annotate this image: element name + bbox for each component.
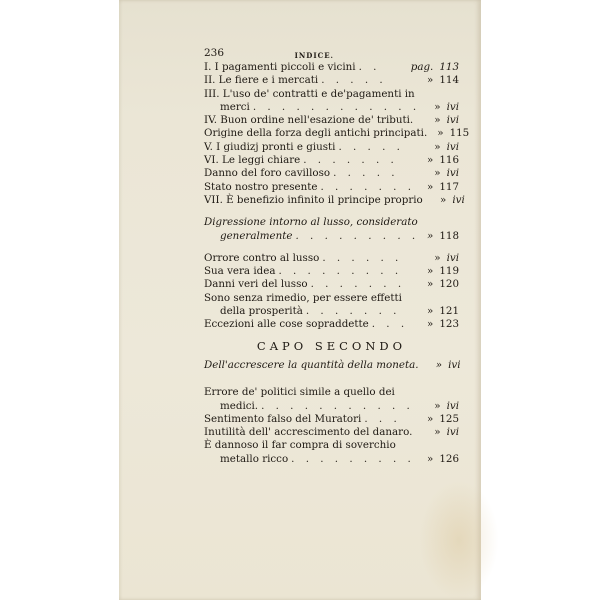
leader-dots: . . . . . . . . . . . . . (253, 101, 420, 114)
index-entry: Stato nostro presente. . . . . . .»117 (204, 181, 459, 194)
index-entry: Inutilità dell' accrescimento del danaro… (204, 426, 459, 439)
leader-dots: . . . . . (338, 141, 420, 154)
entry-page: »120 (423, 278, 459, 291)
index-entry: metallo ricco. . . . . . . . . .»126 (204, 453, 459, 466)
entry-page: »125 (423, 413, 459, 426)
leader-dots: . . . (364, 413, 420, 426)
index-entry: III. L'uso de' contratti e de'pagamenti … (204, 88, 459, 101)
index-entry: Errore de' politici simile a quello dei (204, 386, 459, 399)
leader-dots: . . . . . . . (320, 181, 420, 194)
index-entry: medici.. . . . . . . . . . .»ivi (204, 400, 459, 413)
entry-page: pag.113 (411, 61, 459, 74)
entry-label: medici. (220, 400, 258, 413)
leader-dots: . . . (372, 318, 420, 331)
entry-label: Errore de' politici simile a quello dei (204, 386, 395, 399)
entry-label: Inutilità dell' accrescimento del danaro… (204, 426, 412, 439)
index-entry: Eccezioni alle cose sopraddette. . .»123 (204, 318, 459, 331)
index-list-luxury: Orrore contro al lusso. . . . . .»iviSua… (204, 252, 459, 332)
leader-dots: . . . . . . . . . . (291, 453, 420, 466)
index-entry: VII. È benefizio infinito il principe pr… (204, 194, 459, 207)
entry-page: »ivi (423, 114, 459, 127)
index-list-money: Errore de' politici simile a quello deim… (204, 386, 459, 466)
entry-page: »ivi (423, 400, 459, 413)
entry-label: Stato nostro presente (204, 181, 317, 194)
index-entry: II. Le fiere e i mercati. . . . .»114 (204, 74, 459, 87)
entry-page: »123 (423, 318, 459, 331)
running-header: 236 INDICE. (204, 47, 459, 61)
entry-page: »119 (423, 265, 459, 278)
entry-page: »121 (423, 305, 459, 318)
book-page: 236 INDICE. I. I pagamenti piccoli e vic… (119, 0, 481, 600)
leader-dots: . . . . . . . . . (278, 265, 420, 278)
index-entry: Sono senza rimedio, per essere effetti (204, 292, 459, 305)
index-entry: Orrore contro al lusso. . . . . .»ivi (204, 252, 459, 265)
entry-page (423, 88, 459, 101)
entry-label: Sono senza rimedio, per essere effetti (204, 292, 402, 305)
index-entry: Danno del foro cavilloso. . . . .»ivi (204, 167, 459, 180)
index-entry: V. I giudizj pronti e giusti. . . . .»iv… (204, 141, 459, 154)
entry-label: Sentimento falso del Muratori (204, 413, 361, 426)
leader-dots: . . (359, 61, 408, 74)
index-entry: della prosperità. . . . . . .»121 (204, 305, 459, 318)
index-entry: Origine della forza degli antichi princi… (204, 127, 459, 140)
entry-page (423, 292, 459, 305)
entry-label: IV. Buon ordine nell'esazione de' tribut… (204, 114, 413, 127)
entry-label: della prosperità (220, 305, 303, 318)
entry-page: »ivi (423, 101, 459, 114)
entry-label: Danno del foro cavilloso (204, 167, 330, 180)
leader-dots: . . . . . . . (306, 305, 420, 318)
index-entry: Sentimento falso del Muratori. . .»125 (204, 413, 459, 426)
entry-label: III. L'uso de' contratti e de'pagamenti … (204, 88, 415, 101)
chapter-subtitle: Dell'accrescere la quantità della moneta… (204, 359, 459, 372)
entry-page: »ivi (429, 194, 465, 207)
leader-dots: . . . . . (321, 74, 420, 87)
entry-label: Sua vera idea (204, 265, 275, 278)
leader-dots: . . . . . . (322, 252, 420, 265)
entry-label: I. I pagamenti piccoli e vicini (204, 61, 356, 74)
digression-line2: generalmente . . . . . . . . . »118 (204, 230, 459, 243)
entry-label: Eccezioni alle cose sopraddette (204, 318, 369, 331)
leader-dots: . . . . . . . . . . . (261, 400, 420, 413)
chapter-title: CAPO SECONDO (204, 332, 459, 359)
entry-label: È dannoso il far compra di soverchio (204, 439, 396, 452)
index-entry: È dannoso il far compra di soverchio (204, 439, 459, 452)
leader-dots: . . . . . (333, 167, 420, 180)
entry-page: »115 (433, 127, 469, 140)
entry-label: VII. È benefizio infinito il principe pr… (204, 194, 423, 207)
entry-label: Danni veri del lusso (204, 278, 308, 291)
header-title: INDICE. (295, 47, 334, 61)
entry-page: »ivi (423, 426, 459, 439)
entry-page: »ivi (423, 252, 459, 265)
index-entry: merci. . . . . . . . . . . . .»ivi (204, 101, 459, 114)
index-entry: VI. Le leggi chiare. . . . . . .»116 (204, 154, 459, 167)
entry-page: »116 (423, 154, 459, 167)
entry-page: »ivi (423, 141, 459, 154)
paper-stain (419, 480, 499, 600)
page-number: 236 (204, 47, 244, 61)
entry-page (423, 386, 459, 399)
index-text: 236 INDICE. I. I pagamenti piccoli e vic… (204, 47, 459, 466)
entry-page: »117 (423, 181, 459, 194)
entry-page: »ivi (423, 167, 459, 180)
entry-page: »114 (423, 74, 459, 87)
index-entry: Danni veri del lusso. . . . . . .»120 (204, 278, 459, 291)
leader-dots: . . . . . . . (303, 154, 420, 167)
entry-label: Origine della forza degli antichi princi… (204, 127, 427, 140)
index-entry: Sua vera idea. . . . . . . . .»119 (204, 265, 459, 278)
index-list-chapter-one: I. I pagamenti piccoli e vicini. .pag.11… (204, 61, 459, 207)
digression-entry: Digressione intorno al lusso, considerat… (204, 216, 459, 243)
index-entry: I. I pagamenti piccoli e vicini. .pag.11… (204, 61, 459, 74)
entry-label: V. I giudizj pronti e giusti (204, 141, 335, 154)
index-entry: IV. Buon ordine nell'esazione de' tribut… (204, 114, 459, 127)
entry-label: II. Le fiere e i mercati (204, 74, 318, 87)
entry-page (423, 439, 459, 452)
entry-label: VI. Le leggi chiare (204, 154, 300, 167)
entry-page: »126 (423, 453, 459, 466)
entry-label: metallo ricco (220, 453, 288, 466)
entry-label: merci (220, 101, 250, 114)
entry-label: Orrore contro al lusso (204, 252, 319, 265)
leader-dots: . . . . . . . (311, 278, 420, 291)
digression-line1: Digressione intorno al lusso, considerat… (204, 216, 459, 229)
